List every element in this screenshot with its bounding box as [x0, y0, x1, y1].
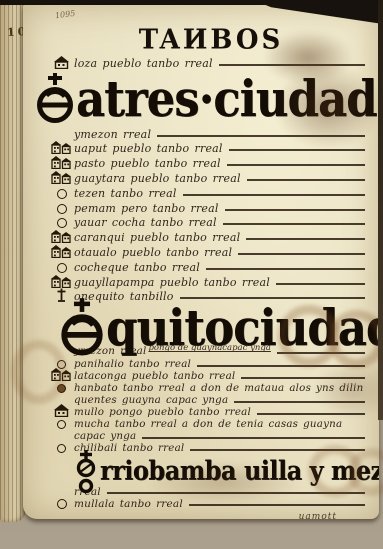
ring-icon — [57, 384, 66, 393]
entry-text: pasto pueblo tanbo rreal — [74, 157, 221, 170]
book-binding-edge — [0, 2, 25, 522]
town-icon — [51, 230, 72, 243]
ruled-line — [234, 401, 365, 403]
ring-icon — [57, 218, 67, 228]
entry-text: quentes guayna capac ynga — [74, 394, 228, 406]
entry-marker — [49, 189, 74, 200]
heading-text: atres·ciudad — [76, 72, 377, 126]
tambo-entry: tezen tanbo rreal — [49, 185, 373, 200]
tambo-entry: rreal — [49, 485, 373, 498]
entry-marker — [49, 218, 74, 229]
entry-text: guayllapampa pueblo tanbo rreal — [74, 276, 270, 289]
entry-marker — [49, 230, 74, 244]
entry-marker — [49, 245, 74, 259]
entry-text: cocheque tanbo rreal — [74, 261, 200, 274]
entry-text: yauar cocha tanbo rreal — [74, 216, 217, 229]
tambo-entry: guaytara pueblo tanbo rreal — [49, 170, 373, 185]
ring-icon — [57, 263, 67, 273]
ruled-line — [157, 135, 365, 137]
ring-icon — [57, 444, 66, 453]
tambo-entry: capac ynga — [49, 430, 373, 442]
catchword: uamott — [49, 512, 373, 519]
ruled-line — [223, 223, 365, 225]
ring-icon — [57, 420, 66, 429]
ruled-line — [190, 449, 365, 451]
town-icon — [51, 156, 72, 169]
ruled-line — [107, 492, 365, 494]
page-content: TAИBOS — [23, 5, 379, 519]
entry-marker — [49, 404, 74, 418]
ruled-line — [276, 283, 365, 285]
tambo-entry: pemam pero tanbo rreal — [49, 200, 373, 215]
entry-inline-note: pongo de guaynacapac ynga — [148, 343, 270, 353]
section-heading: atres·ciudad — [37, 72, 373, 126]
entry-marker — [49, 384, 74, 394]
entry-marker — [49, 141, 74, 155]
entry-text: caranqui pueblo tanbo rreal — [74, 231, 240, 244]
entry-marker — [49, 171, 74, 185]
tambo-entry: pasto pueblo tanbo rreal — [49, 155, 373, 170]
tambo-entry: mullala tanbo rreal — [49, 498, 373, 511]
entry-text: capac ynga — [74, 430, 136, 442]
tambo-entry: otaualo pueblo tanbo rreal — [49, 244, 373, 259]
tambo-entry: uaput pueblo tanbo rreal — [49, 141, 373, 156]
town-icon — [51, 141, 72, 154]
ruled-line — [189, 504, 365, 506]
town-icon — [51, 275, 72, 288]
ruled-line — [247, 179, 365, 181]
ruled-line — [225, 209, 365, 211]
tambo-entry: lataconga pueblo tanbo rreal — [49, 370, 373, 382]
tambo-entry: mucha tanbo rreal a don de tenia casas g… — [49, 418, 373, 430]
page-title: TAИBOS — [49, 24, 373, 56]
tambo-entry: hanbato tanbo rreal a don de mataua alos… — [49, 382, 373, 394]
entry-text: tezen tanbo rreal — [74, 187, 177, 200]
tambo-entry: caranqui pueblo tanbo rreal — [49, 229, 373, 244]
town-icon — [51, 171, 72, 184]
ruled-line — [238, 253, 365, 255]
tambo-entry: quentes guayna capac ynga — [49, 394, 373, 406]
entry-marker — [49, 444, 74, 454]
entry-marker — [49, 275, 74, 289]
town-icon — [51, 245, 72, 258]
entry-marker — [49, 441, 74, 442]
entry-text: hanbato tanbo rreal a don de mataua alos… — [74, 382, 363, 394]
entry-text: mullala tanbo rreal — [74, 498, 183, 510]
tambo-entry: yauar cocha tanbo rreal — [49, 215, 373, 230]
house-icon — [53, 404, 70, 417]
section-heading: rriobamba uilla y mezõ — [75, 454, 373, 485]
ruled-line — [219, 64, 365, 66]
section-heading: quitociudad — [61, 303, 373, 345]
entry-marker — [49, 368, 74, 382]
ring-icon — [57, 204, 67, 214]
entry-marker — [49, 56, 74, 70]
tambo-entry: loza pueblo tanbo rreal — [49, 55, 373, 70]
tambo-entry: cocheque tanbo rreal — [49, 259, 373, 274]
ruled-line — [206, 268, 365, 270]
entry-text: otaualo pueblo tanbo rreal — [74, 246, 232, 259]
entry-marker — [49, 156, 74, 170]
ruled-line — [246, 238, 365, 240]
decorated-initial — [75, 454, 97, 494]
entry-text: pemam pero tanbo rreal — [74, 202, 219, 215]
entry-text: guaytara pueblo tanbo rreal — [74, 172, 241, 185]
house-icon — [53, 56, 70, 69]
decorated-initial — [37, 72, 73, 126]
town-icon — [51, 368, 72, 381]
ruled-line — [197, 365, 365, 367]
ruled-line — [142, 437, 365, 439]
entry-text: mullo pongo pueblo tanbo rreal — [74, 406, 251, 418]
entry-marker — [49, 497, 74, 498]
ring-icon — [57, 189, 67, 199]
heading-text: rriobamba uilla y mezõ — [100, 454, 379, 487]
decorated-initial — [61, 303, 103, 359]
orb-cross-icon — [61, 297, 103, 359]
manuscript-photo: 1035 1095 TAИBOS — [0, 0, 383, 549]
entry-text: lataconga pueblo tanbo rreal — [74, 370, 235, 382]
entry-text: loza pueblo tanbo rreal — [74, 57, 213, 70]
ruled-line — [183, 194, 365, 196]
entry-marker — [49, 499, 74, 510]
entry-marker — [49, 204, 74, 215]
manuscript-page: 1095 TAИBOS — [23, 5, 379, 519]
entry-marker — [49, 263, 74, 274]
double-orb-cross-icon — [75, 450, 97, 494]
entry-text: mucha tanbo rreal a don de tenia casas g… — [74, 418, 342, 430]
ruled-line — [227, 164, 365, 166]
tambo-entry: mullo pongo pueblo tanbo rreal — [49, 406, 373, 418]
orb-cross-icon — [37, 72, 73, 126]
ring-icon — [57, 499, 67, 509]
entry-text: uaput pueblo tanbo rreal — [74, 142, 223, 155]
page-right-edge — [378, 0, 383, 420]
ruled-line — [241, 377, 365, 379]
tambo-entry: chilibali tanbo rreal — [49, 442, 373, 454]
entry-text: ymezon rreal — [74, 128, 151, 141]
ruled-line — [229, 149, 365, 151]
entry-list: loza pueblo tanbo rreal atres·ciudad — [49, 55, 373, 510]
tambo-entry: guayllapampa pueblo tanbo rreal — [49, 274, 373, 289]
entry-marker — [49, 420, 74, 430]
ruled-line — [257, 413, 365, 415]
